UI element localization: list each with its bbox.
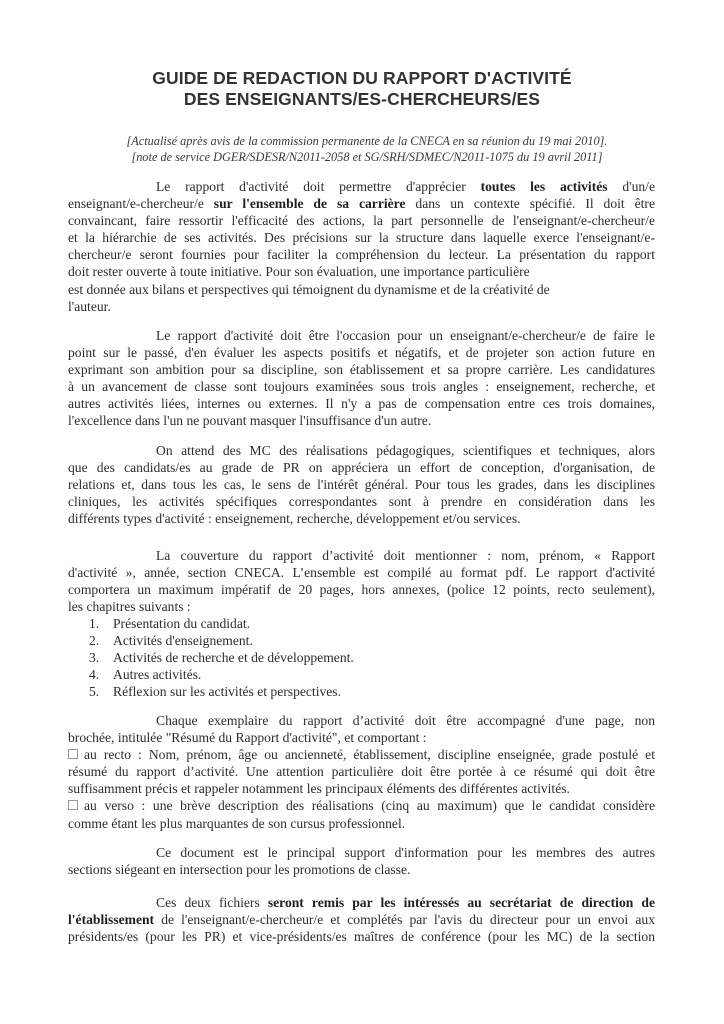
text-line: exprimant son ambition pour sa disciplin… bbox=[68, 361, 655, 378]
list-item: 1.Présentation du candidat. bbox=[68, 615, 655, 632]
checkbox-bullet-icon bbox=[68, 749, 78, 759]
title-line-1: GUIDE DE REDACTION DU RAPPORT D'ACTIVITÉ bbox=[0, 68, 724, 89]
text-line: relations et, dans tous les cas, le sens… bbox=[68, 476, 655, 493]
text-line: comportera un maximum impératif de 20 pa… bbox=[68, 581, 655, 598]
text-line: Chaque exemplaire du rapport d’activité … bbox=[68, 712, 655, 729]
text-line: au verso : une brève description des réa… bbox=[68, 797, 655, 814]
text-line: Le rapport d'activité doit permettre d'a… bbox=[68, 178, 655, 195]
subtitle-line-1: [Actualisé après avis de la commission p… bbox=[0, 133, 724, 149]
paragraph-5: Chaque exemplaire du rapport d’activité … bbox=[68, 712, 655, 832]
text-line: et la hiérarchie de ses activités. Des p… bbox=[68, 229, 655, 246]
text-line: On attend des MC des réalisations pédago… bbox=[68, 442, 655, 459]
text-line: autres activités liées, internes ou exte… bbox=[68, 395, 655, 412]
text-line: différents types d'activité : enseigneme… bbox=[68, 510, 655, 527]
paragraph-1: Le rapport d'activité doit permettre d'a… bbox=[68, 178, 655, 315]
paragraph-6: Ce document est le principal support d'i… bbox=[68, 844, 655, 878]
title-line-2: DES ENSEIGNANTS/ES-CHERCHEURS/ES bbox=[0, 89, 724, 110]
list-item: 2.Activités d'enseignement. bbox=[68, 632, 655, 649]
paragraph-3: On attend des MC des réalisations pédago… bbox=[68, 442, 655, 527]
list-item: 5.Réflexion sur les activités et perspec… bbox=[68, 683, 655, 700]
text-line: brochée, intitulée "Résumé du Rapport d'… bbox=[68, 729, 655, 746]
text-line: Le rapport d'activité doit être l'occasi… bbox=[68, 327, 655, 344]
text-line: enseignant/e-chercheur/e sur l'ensemble … bbox=[68, 195, 655, 212]
document-title: GUIDE DE REDACTION DU RAPPORT D'ACTIVITÉ… bbox=[0, 68, 724, 110]
text-line: suffisamment précis et rappeler notammen… bbox=[68, 780, 655, 797]
text-line: La couverture du rapport d’activité doit… bbox=[68, 547, 655, 564]
text-line: convaincant, faire ressortir l'efficacit… bbox=[68, 212, 655, 229]
text-line: point sur le passé, d'en évaluer les asp… bbox=[68, 344, 655, 361]
text-line: résumé du rapport d’activité. Une attent… bbox=[68, 763, 655, 780]
text-line: d'activité », année, section CNECA. L’en… bbox=[68, 564, 655, 581]
text-line: sections siégeant en intersection pour l… bbox=[68, 861, 655, 878]
text-line: l'établissement de l'enseignant/e-cherch… bbox=[68, 911, 655, 928]
text-line: que des candidats/es au grade de PR on a… bbox=[68, 459, 655, 476]
text-line: présidents/es (pour les PR) et vice-prés… bbox=[68, 928, 655, 945]
text-line: cliniques, les activités spécifiques cor… bbox=[68, 493, 655, 510]
list-item: 3.Activités de recherche et de développe… bbox=[68, 649, 655, 666]
list-item: 4.Autres activités. bbox=[68, 666, 655, 683]
text-line: Ce document est le principal support d'i… bbox=[68, 844, 655, 861]
text-line: chercheur/e seront fournies pour facilit… bbox=[68, 246, 655, 263]
checkbox-bullet-icon bbox=[68, 800, 78, 810]
text-line: au recto : Nom, prénom, âge ou anciennet… bbox=[68, 746, 655, 763]
text-line: l'excellence dans l'un ne pouvant masque… bbox=[68, 412, 655, 429]
text-line: les chapitres suivants : bbox=[68, 598, 655, 615]
text-line: Ces deux fichiers seront remis par les i… bbox=[68, 894, 655, 911]
text-line: doit rester ouverte à toute initiative. … bbox=[68, 263, 655, 280]
paragraph-7: Ces deux fichiers seront remis par les i… bbox=[68, 894, 655, 945]
text-line: comme étant les plus marquantes de son c… bbox=[68, 815, 655, 832]
text-line: l'auteur. bbox=[68, 298, 655, 315]
paragraph-2: Le rapport d'activité doit être l'occasi… bbox=[68, 327, 655, 430]
text-line: est donnée aux bilans et perspectives qu… bbox=[68, 281, 655, 298]
text-line: à un avancement de classe sont toujours … bbox=[68, 378, 655, 395]
document-subtitle: [Actualisé après avis de la commission p… bbox=[0, 133, 724, 165]
paragraph-4: La couverture du rapport d’activité doit… bbox=[68, 547, 655, 615]
subtitle-line-2: [note de service DGER/SDESR/N2011-2058 e… bbox=[0, 149, 724, 165]
chapters-list: 1.Présentation du candidat. 2.Activités … bbox=[68, 615, 655, 700]
document-page: GUIDE DE REDACTION DU RAPPORT D'ACTIVITÉ… bbox=[0, 0, 724, 1024]
